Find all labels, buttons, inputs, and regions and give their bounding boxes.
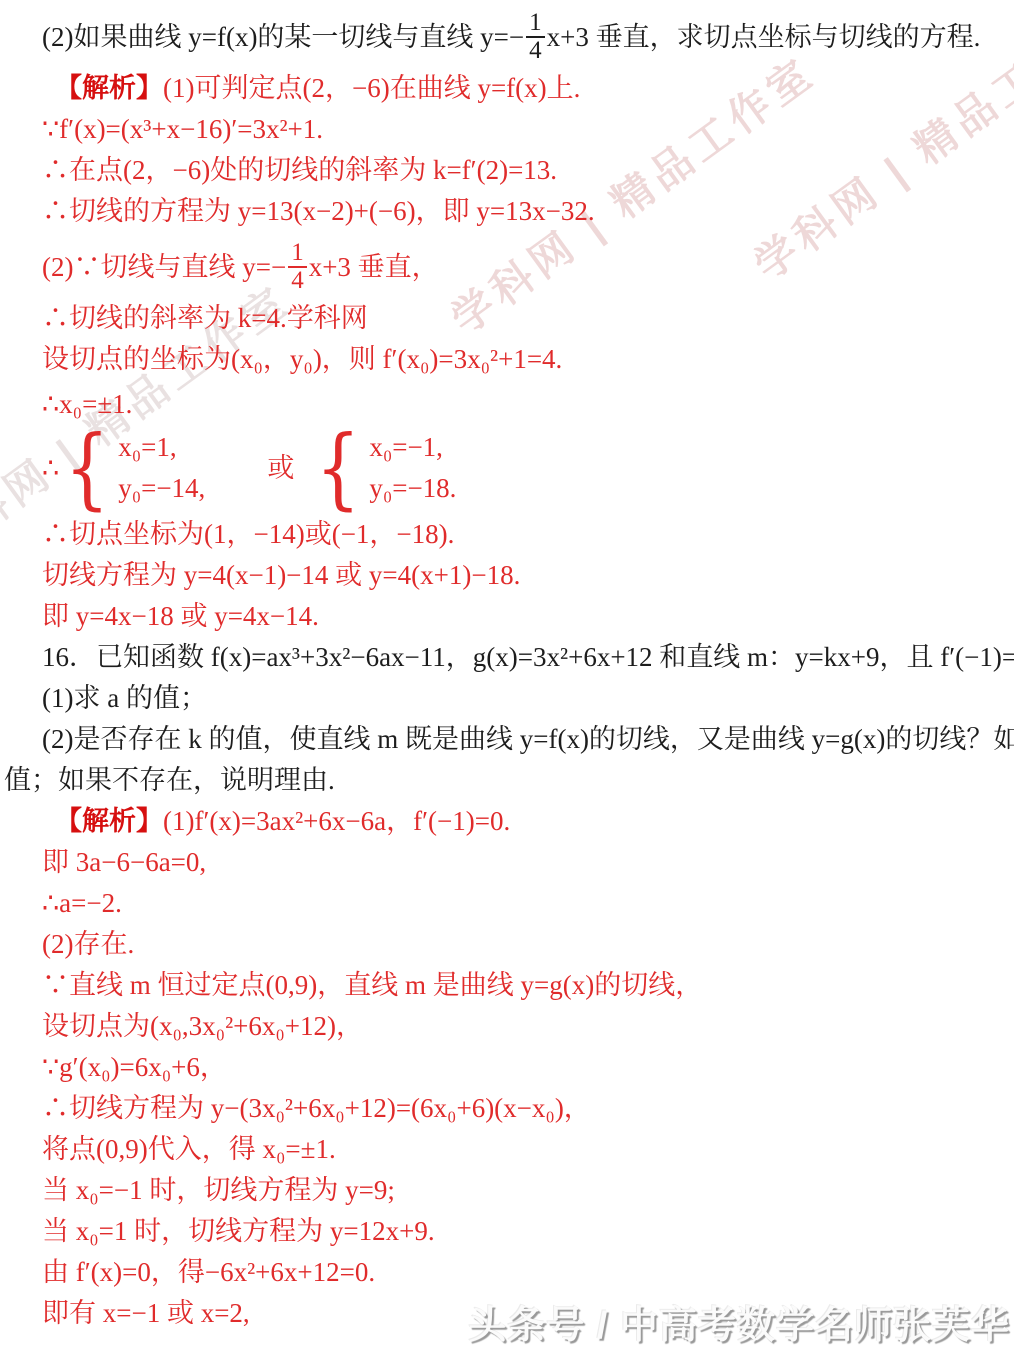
- solution-16-line: 【解析】(1)f′(x)=3ax²+6x−6a，f′(−1)=0.: [55, 807, 1014, 836]
- solution-16-line: 当 x₀=−1 时，切线方程为 y=9;: [42, 1176, 1014, 1205]
- solution-16-line: 由 f′(x)=0，得−6x²+6x+12=0.: [42, 1258, 1014, 1287]
- solution-15-line: ∵f′(x)=(x³+x−16)′=3x²+1.: [42, 115, 1014, 144]
- problem-text-post: x+3 垂直，求切点坐标与切线的方程.: [547, 23, 981, 52]
- fraction-numerator: 1: [526, 10, 545, 36]
- solution-15-line: 【解析】(1)可判定点(2，−6)在曲线 y=f(x)上.: [55, 74, 1014, 103]
- solution-15-line: 设切点的坐标为(x₀，y₀)，则 f′(x₀)=3x₀²+1=4.: [42, 345, 1014, 374]
- therefore-symbol: ∴: [42, 454, 59, 483]
- system-right-column: x₀=−1, y₀=−18.: [366, 433, 456, 503]
- solution-text: (1)f′(x)=3ax²+6x−6a，f′(−1)=0.: [163, 806, 510, 836]
- solution-15-line: ∴在点(2，−6)处的切线的斜率为 k=f′(2)=13.: [42, 156, 1014, 185]
- solution-16-line: 设切点为(x₀,3x₀²+6x₀+12)，: [42, 1012, 1014, 1041]
- problem-16-part2: (2)是否存在 k 的值，使直线 m 既是曲线 y=f(x)的切线，又是曲线 y…: [42, 725, 1014, 754]
- problem-text-pre: (2)如果曲线 y=f(x)的某一切线与直线 y=−: [42, 23, 524, 52]
- solution-15-line: ∴切点坐标为(1，−14)或(−1，−18).: [42, 520, 1014, 549]
- system-left-column: x₀=1, y₀=−14,: [115, 433, 205, 503]
- equation: y₀=−14,: [118, 474, 205, 503]
- solution-text-pre: (2)∵切线与直线 y=−: [42, 253, 286, 282]
- solution-16-line: 将点(0,9)代入，得 x₀=±1.: [42, 1135, 1014, 1164]
- solution-16-line: ∵直线 m 恒过定点(0,9)，直线 m 是曲线 y=g(x)的切线，: [42, 971, 1014, 1000]
- equation: x₀=1,: [118, 433, 205, 462]
- solution-text: (1)可判定点(2，−6)在曲线 y=f(x)上.: [163, 73, 580, 103]
- left-system-brace: {: [65, 431, 110, 506]
- analysis-label: 【解析】: [55, 73, 163, 103]
- solution-15-line: ∴切线的方程为 y=13(x−2)+(−6)，即 y=13x−32.: [42, 197, 1014, 226]
- fraction-one-quarter: 1 4: [288, 240, 307, 295]
- solution-15-part2-line: (2)∵切线与直线 y=− 1 4 x+3 垂直，: [42, 238, 1014, 296]
- solution-15-line: 即 y=4x−18 或 y=4x−14.: [42, 602, 1014, 631]
- problem-15-2-statement: (2)如果曲线 y=f(x)的某一切线与直线 y=− 1 4 x+3 垂直，求切…: [42, 8, 1014, 66]
- solution-16-line: ∴切线方程为 y−(3x₀²+6x₀+12)=(6x₀+6)(x−x₀)，: [42, 1094, 1014, 1123]
- solution-16-line: ∵g′(x₀)=6x₀+6，: [42, 1053, 1014, 1082]
- or-word: 或: [267, 454, 294, 483]
- fraction-one-quarter: 1 4: [526, 10, 545, 65]
- fraction-denominator: 4: [288, 266, 307, 294]
- problem-16-part1: (1)求 a 的值；: [42, 684, 1014, 713]
- solution-16-line: ∴a=−2.: [42, 889, 1014, 918]
- analysis-label: 【解析】: [55, 806, 163, 836]
- equation: y₀=−18.: [369, 474, 456, 503]
- solution-text-post: x+3 垂直，: [309, 253, 439, 282]
- problem-16-statement: 16．已知函数 f(x)=ax³+3x²−6ax−11，g(x)=3x²+6x+…: [42, 643, 1014, 672]
- fraction-denominator: 4: [526, 36, 545, 64]
- right-system-brace: {: [316, 431, 361, 506]
- fraction-numerator: 1: [288, 240, 307, 266]
- solution-16-line: 即 3a−6−6a=0,: [42, 848, 1014, 877]
- solution-15-line: ∴x₀=±1.: [42, 390, 1014, 419]
- solution-16-line: (2)存在.: [42, 930, 1014, 959]
- solution-16-line: 当 x₀=1 时，切线方程为 y=12x+9.: [42, 1217, 1014, 1246]
- math-solution-document: (2)如果曲线 y=f(x)的某一切线与直线 y=− 1 4 x+3 垂直，求切…: [0, 0, 1014, 1328]
- solution-15-line: ∴切线的斜率为 k=4.学科网: [42, 304, 1014, 333]
- equation: x₀=−1,: [369, 433, 456, 462]
- solution-15-line: 切线方程为 y=4(x−1)−14 或 y=4(x+1)−18.: [42, 561, 1014, 590]
- solution-equation-system: ∴ { x₀=1, y₀=−14, 或 { x₀=−1, y₀=−18.: [42, 431, 1014, 506]
- byline-watermark: 头条号 / 中高考数学名师张芙华: [468, 1294, 1010, 1349]
- problem-16-part2-cont: 值；如果不存在，说明理由.: [4, 766, 1014, 795]
